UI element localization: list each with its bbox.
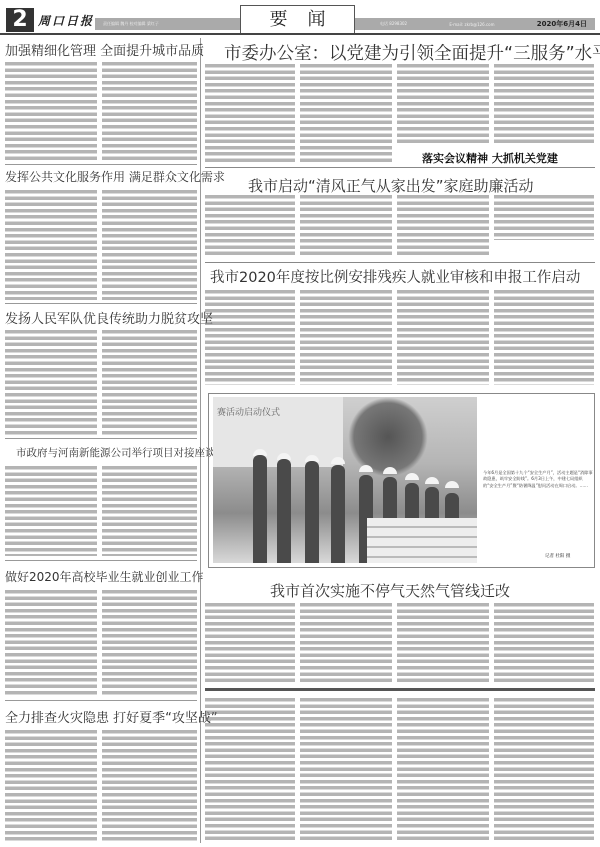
page-number: 2 — [6, 8, 34, 32]
thick-divider — [205, 688, 595, 691]
article-body — [494, 290, 594, 385]
story-headline[interactable]: 我市2020年度按比例安排残疾人就业审核和申报工作启动 — [210, 266, 580, 287]
article-body — [397, 603, 489, 683]
supplies — [367, 518, 477, 563]
contact-line: 电话 8298302 — [380, 21, 407, 27]
info-bar: 电话 8298302 E-mail: zkrb@126.com 2020年6月4… — [355, 18, 595, 30]
article-headline[interactable]: 发扬人民军队优良传统助力脱贫攻坚 — [5, 308, 213, 327]
article-body — [5, 330, 97, 435]
story-headline[interactable]: 我市启动“清风正气从家出发”家庭助廉活动 — [248, 175, 534, 196]
article-body — [397, 698, 489, 843]
divider — [205, 167, 595, 168]
section-title: 要闻 — [240, 5, 355, 33]
article-body — [5, 730, 97, 842]
article-body — [102, 730, 197, 842]
issue-date: 2020年6月4日 — [537, 19, 587, 29]
article-body — [494, 698, 594, 843]
article-body — [205, 195, 295, 255]
trees — [348, 397, 428, 477]
box-headline[interactable]: 落实会议精神 大抓机关党建 — [422, 150, 558, 166]
divider — [5, 560, 197, 561]
article-body — [205, 290, 295, 385]
article-body — [494, 603, 594, 683]
article-body — [300, 698, 392, 843]
article-body — [205, 603, 295, 683]
email-line: E-mail: zkrb@126.com — [449, 22, 494, 27]
article-body — [102, 190, 197, 300]
article-headline[interactable]: 市政府与河南新能源公司举行项目对接座谈会 — [16, 445, 226, 460]
article-body — [102, 62, 197, 160]
article-body — [102, 590, 197, 695]
article-body — [205, 698, 295, 843]
article-headline[interactable]: 发挥公共文化服务作用 满足群众文化需求 — [5, 168, 225, 185]
article-body — [5, 590, 97, 695]
story-headline[interactable]: 我市首次实施不停气天然气管线迁改 — [270, 580, 510, 601]
article-body — [494, 64, 594, 144]
photo-caption: 今年6月是全国第十九个“安全生产月”，活动主题是“消除事故隐患，筑牢安全防线”。… — [483, 470, 593, 489]
divider — [205, 262, 595, 263]
article-body — [397, 64, 489, 144]
article-headline[interactable]: 全力排查火灾隐患 打好夏季“攻坚战” — [5, 707, 218, 726]
article-body — [5, 190, 97, 300]
article-body — [102, 330, 197, 435]
editor-bar: 责任编辑 魏丹 校对编辑 梁红子 — [95, 18, 240, 30]
paper-logo: 周口日报 — [38, 12, 94, 29]
editor-line: 责任编辑 魏丹 校对编辑 梁红子 — [95, 18, 240, 30]
article-body — [397, 290, 489, 385]
article-body — [5, 62, 97, 160]
article-headline[interactable]: 做好2020年高校毕业生就业创业工作 — [5, 568, 204, 585]
article-body — [397, 195, 489, 255]
article-body — [102, 466, 197, 556]
divider — [5, 164, 197, 165]
article-body — [494, 195, 594, 240]
divider — [5, 438, 197, 439]
article-body — [300, 290, 392, 385]
divider — [5, 700, 197, 701]
news-photo[interactable]: 赛活动启动仪式 — [213, 397, 477, 563]
header-rule — [0, 33, 600, 35]
article-headline[interactable]: 加强精细化管理 全面提升城市品质 — [5, 40, 204, 59]
banner-text: 赛活动启动仪式 — [217, 405, 280, 418]
masthead: 2 周口日报 责任编辑 魏丹 校对编辑 梁红子 要闻 电话 8298302 E-… — [0, 0, 600, 36]
article-body — [300, 603, 392, 683]
photo-credit: 记者 杜阳 摄 — [545, 553, 570, 559]
article-body — [300, 195, 392, 255]
article-body — [5, 466, 97, 556]
lead-headline[interactable]: 市委办公室：以党建为引领全面提升“三服务”水平 — [224, 40, 600, 65]
divider — [5, 303, 197, 304]
article-body — [300, 64, 392, 164]
article-body — [205, 64, 295, 164]
